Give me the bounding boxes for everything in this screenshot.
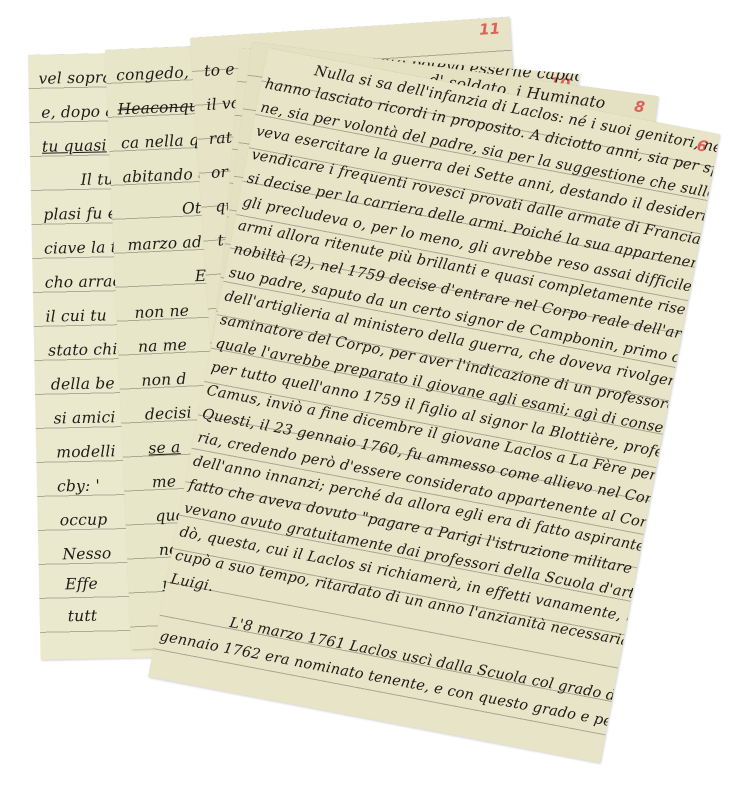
text-line: tutt <box>68 606 98 627</box>
text-line: Il tu <box>80 169 114 190</box>
text-line: decisi <box>145 403 193 425</box>
text-line: occup <box>60 509 108 530</box>
text-line: tu quasi <box>42 135 107 156</box>
text-line: Effe <box>65 574 98 595</box>
text-line: se a <box>148 437 181 458</box>
text-line: stato chia <box>48 339 127 361</box>
text-line: il cui tu <box>45 305 107 326</box>
text-line: della be <box>51 373 115 394</box>
text-line: non ne <box>134 301 189 323</box>
text-line: me <box>151 471 176 492</box>
text-line: gennaio 1762 era nominato tenente, e con… <box>158 626 720 755</box>
text-line: Nesso <box>62 543 111 564</box>
text-line: marzo ad <box>127 232 202 255</box>
text-line: cho arrac <box>45 271 122 293</box>
text-line: modelli <box>56 441 116 462</box>
text-line: abitando a <box>122 164 208 188</box>
text-line: e, dopo a <box>41 101 115 123</box>
text-line: non d <box>141 369 187 391</box>
text-line: si amici <box>53 407 115 428</box>
text-line: na me <box>138 335 188 357</box>
text-line: L'8 marzo 1761 Laclos uscì dalla Scuola … <box>228 613 720 734</box>
text-line: cby: ' <box>57 476 100 497</box>
page-number: 8 <box>633 97 646 116</box>
page-number: 11 <box>479 19 501 38</box>
text-line: Luigi. <box>169 569 215 597</box>
